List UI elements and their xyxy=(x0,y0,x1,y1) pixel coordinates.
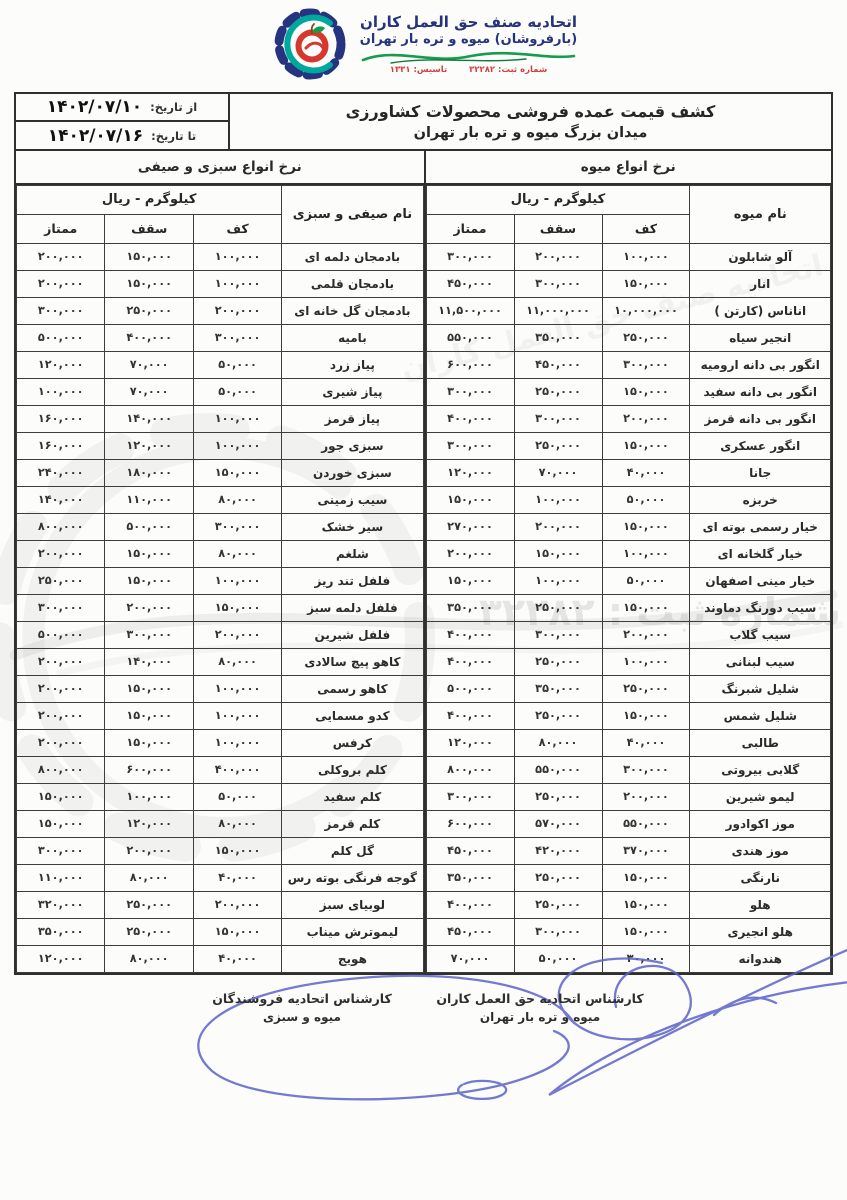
fruit-premium-price: ۱۱,۵۰۰,۰۰۰ xyxy=(426,297,514,324)
fruit-table-row: هلو ۱۵۰,۰۰۰ ۲۵۰,۰۰۰ ۴۰۰,۰۰۰ xyxy=(426,891,831,918)
fruit-floor-price: ۱۵۰,۰۰۰ xyxy=(602,864,690,891)
veg-floor-price: ۸۰,۰۰۰ xyxy=(193,540,281,567)
fruit-table-row: شلیل شبرنگ ۲۵۰,۰۰۰ ۳۵۰,۰۰۰ ۵۰۰,۰۰۰ xyxy=(426,675,831,702)
fruit-floor-price: ۵۵۰,۰۰۰ xyxy=(602,810,690,837)
veg-table-row: لوبیای سبز ۲۰۰,۰۰۰ ۲۵۰,۰۰۰ ۳۲۰,۰۰۰ xyxy=(17,891,424,918)
veg-premium-price: ۳۵۰,۰۰۰ xyxy=(17,918,105,945)
fruit-ceiling-price: ۲۵۰,۰۰۰ xyxy=(514,378,602,405)
veg-name: پیاز قرمز xyxy=(282,405,423,432)
fruit-premium-price: ۷۰,۰۰۰ xyxy=(426,945,514,972)
union-logo-icon xyxy=(270,4,350,88)
veg-floor-price: ۱۰۰,۰۰۰ xyxy=(193,729,281,756)
to-date-value: ۱۴۰۲/۰۷/۱۶ xyxy=(48,126,143,146)
fruit-name: انگور بی دانه ارومیه xyxy=(690,351,831,378)
veg-floor-price: ۲۰۰,۰۰۰ xyxy=(193,297,281,324)
fruit-premium-price: ۴۵۰,۰۰۰ xyxy=(426,837,514,864)
veg-name: شلغم xyxy=(282,540,423,567)
date-range: از تاریخ: ۱۴۰۲/۰۷/۱۰ تا تاریخ: ۱۴۰۲/۰۷/۱… xyxy=(16,94,228,149)
veg-floor-price: ۱۰۰,۰۰۰ xyxy=(193,567,281,594)
letterhead-wave-icon xyxy=(361,50,576,65)
veg-ceiling-price: ۱۴۰,۰۰۰ xyxy=(105,405,193,432)
veg-ceiling-price: ۱۲۰,۰۰۰ xyxy=(105,432,193,459)
fruit-floor-price: ۱۵۰,۰۰۰ xyxy=(602,702,690,729)
right-signature-title: کارشناس اتحادیه حق العمل کاران xyxy=(415,991,665,1006)
fruit-premium-price: ۲۰۰,۰۰۰ xyxy=(426,540,514,567)
veg-name: کلم سفید xyxy=(282,783,423,810)
fruit-ceiling-price: ۲۵۰,۰۰۰ xyxy=(514,891,602,918)
from-date-label: از تاریخ: xyxy=(150,100,197,114)
fruit-name: جانا xyxy=(690,459,831,486)
fruit-table-row: موز هندی ۳۷۰,۰۰۰ ۴۲۰,۰۰۰ ۴۵۰,۰۰۰ xyxy=(426,837,831,864)
fruit-ceiling-price: ۵۷۰,۰۰۰ xyxy=(514,810,602,837)
veg-floor-price: ۱۰۰,۰۰۰ xyxy=(193,270,281,297)
fruit-name: سیب لبنانی xyxy=(690,648,831,675)
veg-name: گوجه فرنگی بوته رس xyxy=(282,864,423,891)
fruit-ceiling-price: ۳۰۰,۰۰۰ xyxy=(514,621,602,648)
fruit-name: انجیر سیاه xyxy=(690,324,831,351)
veg-premium-price: ۱۵۰,۰۰۰ xyxy=(17,783,105,810)
veg-floor-price: ۸۰,۰۰۰ xyxy=(193,486,281,513)
fruit-ceiling-price: ۲۵۰,۰۰۰ xyxy=(514,432,602,459)
veg-name: لیموترش میناب xyxy=(282,918,423,945)
veg-floor-price: ۱۵۰,۰۰۰ xyxy=(193,459,281,486)
fruit-floor-price: ۱۰۰,۰۰۰ xyxy=(602,648,690,675)
fruit-name: شلیل شبرنگ xyxy=(690,675,831,702)
veg-premium-price: ۳۲۰,۰۰۰ xyxy=(17,891,105,918)
fruit-premium-price: ۳۰۰,۰۰۰ xyxy=(426,243,514,270)
veg-ceiling-price: ۱۵۰,۰۰۰ xyxy=(105,729,193,756)
veg-premium-price: ۱۵۰,۰۰۰ xyxy=(17,810,105,837)
veg-ceiling-price: ۱۵۰,۰۰۰ xyxy=(105,702,193,729)
veg-floor-price: ۳۰۰,۰۰۰ xyxy=(193,513,281,540)
veg-floor-price: ۴۰۰,۰۰۰ xyxy=(193,756,281,783)
fruit-floor-price: ۳۰,۰۰۰ xyxy=(602,945,690,972)
veg-ceiling-price: ۴۰۰,۰۰۰ xyxy=(105,324,193,351)
veg-table-row: سبزی جور ۱۰۰,۰۰۰ ۱۲۰,۰۰۰ ۱۶۰,۰۰۰ xyxy=(17,432,424,459)
veg-ceiling-price: ۶۰۰,۰۰۰ xyxy=(105,756,193,783)
veg-name: پیاز زرد xyxy=(282,351,423,378)
fruit-ceiling-price: ۲۰۰,۰۰۰ xyxy=(514,513,602,540)
establishment-year: تاسیس: ۱۳۳۱ xyxy=(390,65,447,75)
veg-name: سبزی خوردن xyxy=(282,459,423,486)
fruit-table-row: خربزه ۵۰,۰۰۰ ۱۰۰,۰۰۰ ۱۵۰,۰۰۰ xyxy=(426,486,831,513)
fruit-floor-price: ۲۵۰,۰۰۰ xyxy=(602,675,690,702)
fruit-floor-price: ۱۰۰,۰۰۰ xyxy=(602,540,690,567)
fruit-premium-price: ۳۰۰,۰۰۰ xyxy=(426,432,514,459)
fruit-table-row: خیار مینی اصفهان ۵۰,۰۰۰ ۱۰۰,۰۰۰ ۱۵۰,۰۰۰ xyxy=(426,567,831,594)
veg-table-row: گل کلم ۱۵۰,۰۰۰ ۲۰۰,۰۰۰ ۳۰۰,۰۰۰ xyxy=(17,837,424,864)
price-table-frame: کشف قیمت عمده فروشی محصولات کشاورزی میدا… xyxy=(14,92,833,975)
fruit-ceiling-price: ۴۵۰,۰۰۰ xyxy=(514,351,602,378)
fruit-name: هندوانه xyxy=(690,945,831,972)
veg-premium-price: ۸۰۰,۰۰۰ xyxy=(17,513,105,540)
fruit-table-row: هندوانه ۳۰,۰۰۰ ۵۰,۰۰۰ ۷۰,۰۰۰ xyxy=(426,945,831,972)
veg-table-row: پیاز زرد ۵۰,۰۰۰ ۷۰,۰۰۰ ۱۲۰,۰۰۰ xyxy=(17,351,424,378)
letterhead: اتحادیه صنف حق العمل کاران (بارفروشان) م… xyxy=(0,4,847,88)
document-title: کشف قیمت عمده فروشی محصولات کشاورزی میدا… xyxy=(228,94,831,149)
veg-section-title: نرخ انواع سبزی و صیفی xyxy=(16,151,424,183)
veg-premium-price: ۲۴۰,۰۰۰ xyxy=(17,459,105,486)
fruit-name: خیار گلخانه ای xyxy=(690,540,831,567)
veg-ceiling-price: ۳۰۰,۰۰۰ xyxy=(105,621,193,648)
veg-name: کلم بروکلی xyxy=(282,756,423,783)
fruit-floor-price: ۴۰,۰۰۰ xyxy=(602,729,690,756)
veg-premium-price: ۱۴۰,۰۰۰ xyxy=(17,486,105,513)
veg-premium-price: ۲۰۰,۰۰۰ xyxy=(17,243,105,270)
veg-floor-price: ۲۰۰,۰۰۰ xyxy=(193,891,281,918)
fruit-premium-price: ۳۵۰,۰۰۰ xyxy=(426,594,514,621)
veg-ceiling-price: ۲۵۰,۰۰۰ xyxy=(105,918,193,945)
veg-table-row: پیاز شیری ۵۰,۰۰۰ ۷۰,۰۰۰ ۱۰۰,۰۰۰ xyxy=(17,378,424,405)
signature-area: کارشناس اتحادیه حق العمل کاران میوه و تر… xyxy=(14,985,833,1125)
veg-floor-price: ۵۰,۰۰۰ xyxy=(193,783,281,810)
veg-ceiling-price: ۱۵۰,۰۰۰ xyxy=(105,270,193,297)
veg-table-row: لیموترش میناب ۱۵۰,۰۰۰ ۲۵۰,۰۰۰ ۳۵۰,۰۰۰ xyxy=(17,918,424,945)
veg-ceiling-price: ۸۰,۰۰۰ xyxy=(105,945,193,972)
fruit-table-row: لیمو شیرین ۲۰۰,۰۰۰ ۲۵۰,۰۰۰ ۳۰۰,۰۰۰ xyxy=(426,783,831,810)
fruit-premium-price: ۴۵۰,۰۰۰ xyxy=(426,270,514,297)
fruit-premium-price: ۳۵۰,۰۰۰ xyxy=(426,864,514,891)
veg-floor-price: ۱۵۰,۰۰۰ xyxy=(193,837,281,864)
veg-name: کاهو پیچ سالادی xyxy=(282,648,423,675)
veg-ceiling-price: ۲۵۰,۰۰۰ xyxy=(105,891,193,918)
veg-name: کدو مسمایی xyxy=(282,702,423,729)
veg-name: کاهو رسمی xyxy=(282,675,423,702)
fruit-premium-price: ۴۰۰,۰۰۰ xyxy=(426,891,514,918)
veg-ceiling-price: ۷۰,۰۰۰ xyxy=(105,351,193,378)
veg-floor-price: ۸۰,۰۰۰ xyxy=(193,810,281,837)
left-signature: کارشناس اتحادیه فروشندگان میوه و سبزی xyxy=(182,991,422,1024)
title-line2: میدان بزرگ میوه و تره بار تهران xyxy=(414,124,648,143)
to-date-cell: تا تاریخ: ۱۴۰۲/۰۷/۱۶ xyxy=(16,120,228,148)
fruit-table-row: انگور بی دانه سفید ۱۵۰,۰۰۰ ۲۵۰,۰۰۰ ۳۰۰,۰… xyxy=(426,378,831,405)
veg-table-row: بادمجان گل خانه ای ۲۰۰,۰۰۰ ۲۵۰,۰۰۰ ۳۰۰,۰… xyxy=(17,297,424,324)
veg-ceiling-price: ۱۸۰,۰۰۰ xyxy=(105,459,193,486)
fruit-ceiling-price: ۳۰۰,۰۰۰ xyxy=(514,405,602,432)
fruit-section-title: نرخ انواع میوه xyxy=(424,151,832,183)
veg-premium-price: ۲۰۰,۰۰۰ xyxy=(17,648,105,675)
fruit-floor-price: ۱۰۰,۰۰۰ xyxy=(602,243,690,270)
fruit-floor-price: ۱۵۰,۰۰۰ xyxy=(602,891,690,918)
veg-table-row: هویج ۴۰,۰۰۰ ۸۰,۰۰۰ ۱۲۰,۰۰۰ xyxy=(17,945,424,972)
fruit-name: خربزه xyxy=(690,486,831,513)
fruit-table-row: خیار گلخانه ای ۱۰۰,۰۰۰ ۱۵۰,۰۰۰ ۲۰۰,۰۰۰ xyxy=(426,540,831,567)
fruit-premium-price: ۸۰۰,۰۰۰ xyxy=(426,756,514,783)
fruit-floor-price: ۵۰,۰۰۰ xyxy=(602,486,690,513)
fruit-table-row: هلو انجیری ۱۵۰,۰۰۰ ۳۰۰,۰۰۰ ۴۵۰,۰۰۰ xyxy=(426,918,831,945)
fruit-name: آلو شابلون xyxy=(690,243,831,270)
fruit-name: انگور بی دانه قرمز xyxy=(690,405,831,432)
fruit-price-table-wrap: نام میوه کیلوگرم - ریال کف سقف ممتاز xyxy=(424,185,832,973)
from-date-value: ۱۴۰۲/۰۷/۱۰ xyxy=(47,97,142,117)
fruit-name: لیمو شیرین xyxy=(690,783,831,810)
veg-name: بادمجان قلمی xyxy=(282,270,423,297)
fruit-table-row: گلابی بیروتی ۳۰۰,۰۰۰ ۵۵۰,۰۰۰ ۸۰۰,۰۰۰ xyxy=(426,756,831,783)
fruit-table-row: انگور بی دانه ارومیه ۳۰۰,۰۰۰ ۴۵۰,۰۰۰ ۶۰۰… xyxy=(426,351,831,378)
veg-premium-price: ۱۲۰,۰۰۰ xyxy=(17,351,105,378)
document-header: کشف قیمت عمده فروشی محصولات کشاورزی میدا… xyxy=(16,94,831,149)
fruit-table-row: خیار رسمی بوته ای ۱۵۰,۰۰۰ ۲۰۰,۰۰۰ ۲۷۰,۰۰… xyxy=(426,513,831,540)
fruit-table-row: اناناس (کارتن ) ۱۰,۰۰۰,۰۰۰ ۱۱,۰۰۰,۰۰۰ ۱۱… xyxy=(426,297,831,324)
veg-premium-price: ۵۰۰,۰۰۰ xyxy=(17,621,105,648)
veg-floor-price: ۱۰۰,۰۰۰ xyxy=(193,432,281,459)
fruit-ceiling-header: سقف xyxy=(514,214,602,243)
fruit-price-table: نام میوه کیلوگرم - ریال کف سقف ممتاز xyxy=(426,185,832,973)
veg-premium-price: ۲۰۰,۰۰۰ xyxy=(17,675,105,702)
fruit-name: شلیل شمس xyxy=(690,702,831,729)
veg-table-row: سیر خشک ۳۰۰,۰۰۰ ۵۰۰,۰۰۰ ۸۰۰,۰۰۰ xyxy=(17,513,424,540)
fruit-name: گلابی بیروتی xyxy=(690,756,831,783)
fruit-name: هلو xyxy=(690,891,831,918)
veg-name: فلفل دلمه سبز xyxy=(282,594,423,621)
veg-table-row: کاهو پیچ سالادی ۸۰,۰۰۰ ۱۴۰,۰۰۰ ۲۰۰,۰۰۰ xyxy=(17,648,424,675)
veg-table-row: کرفس ۱۰۰,۰۰۰ ۱۵۰,۰۰۰ ۲۰۰,۰۰۰ xyxy=(17,729,424,756)
fruit-table-row: سیب لبنانی ۱۰۰,۰۰۰ ۲۵۰,۰۰۰ ۴۰۰,۰۰۰ xyxy=(426,648,831,675)
veg-price-table-wrap: نام صیفی و سبزی کیلوگرم - ریال کف سقف مم… xyxy=(16,185,424,973)
fruit-premium-price: ۶۰۰,۰۰۰ xyxy=(426,351,514,378)
fruit-floor-price: ۲۰۰,۰۰۰ xyxy=(602,405,690,432)
left-signature-title: کارشناس اتحادیه فروشندگان xyxy=(182,991,422,1006)
fruit-table-row: نارنگی ۱۵۰,۰۰۰ ۲۵۰,۰۰۰ ۳۵۰,۰۰۰ xyxy=(426,864,831,891)
veg-ceiling-price: ۱۰۰,۰۰۰ xyxy=(105,783,193,810)
fruit-floor-price: ۱۰,۰۰۰,۰۰۰ xyxy=(602,297,690,324)
veg-table-row: کدو مسمایی ۱۰۰,۰۰۰ ۱۵۰,۰۰۰ ۲۰۰,۰۰۰ xyxy=(17,702,424,729)
veg-premium-price: ۱۲۰,۰۰۰ xyxy=(17,945,105,972)
fruit-premium-price: ۶۰۰,۰۰۰ xyxy=(426,810,514,837)
veg-premium-price: ۳۰۰,۰۰۰ xyxy=(17,297,105,324)
veg-name-header: نام صیفی و سبزی xyxy=(282,185,423,243)
veg-ceiling-price: ۱۴۰,۰۰۰ xyxy=(105,648,193,675)
veg-name: بادمجان گل خانه ای xyxy=(282,297,423,324)
fruit-premium-price: ۱۵۰,۰۰۰ xyxy=(426,486,514,513)
veg-name: گل کلم xyxy=(282,837,423,864)
to-date-label: تا تاریخ: xyxy=(151,129,196,143)
fruit-ceiling-price: ۳۰۰,۰۰۰ xyxy=(514,270,602,297)
fruit-premium-header: ممتاز xyxy=(426,214,514,243)
fruit-ceiling-price: ۳۵۰,۰۰۰ xyxy=(514,675,602,702)
veg-table-row: پیاز قرمز ۱۰۰,۰۰۰ ۱۴۰,۰۰۰ ۱۶۰,۰۰۰ xyxy=(17,405,424,432)
veg-premium-price: ۵۰۰,۰۰۰ xyxy=(17,324,105,351)
veg-ceiling-price: ۱۵۰,۰۰۰ xyxy=(105,567,193,594)
veg-ceiling-price: ۲۰۰,۰۰۰ xyxy=(105,837,193,864)
veg-premium-price: ۳۰۰,۰۰۰ xyxy=(17,594,105,621)
veg-name: سیر خشک xyxy=(282,513,423,540)
fruit-ceiling-price: ۳۰۰,۰۰۰ xyxy=(514,918,602,945)
veg-premium-price: ۲۰۰,۰۰۰ xyxy=(17,270,105,297)
fruit-ceiling-price: ۷۰,۰۰۰ xyxy=(514,459,602,486)
fruit-premium-price: ۳۰۰,۰۰۰ xyxy=(426,783,514,810)
fruit-table-row: طالبی ۴۰,۰۰۰ ۸۰,۰۰۰ ۱۲۰,۰۰۰ xyxy=(426,729,831,756)
veg-floor-price: ۴۰,۰۰۰ xyxy=(193,864,281,891)
veg-floor-price: ۵۰,۰۰۰ xyxy=(193,378,281,405)
veg-table-row: کاهو رسمی ۱۰۰,۰۰۰ ۱۵۰,۰۰۰ ۲۰۰,۰۰۰ xyxy=(17,675,424,702)
scanned-price-list-document: شماره ثبت : ۳۲۲۸۲ اتحادیه صنف حق العمل ک… xyxy=(0,0,847,1200)
veg-ceiling-price: ۱۵۰,۰۰۰ xyxy=(105,243,193,270)
veg-name: پیاز شیری xyxy=(282,378,423,405)
veg-ceiling-price: ۸۰,۰۰۰ xyxy=(105,864,193,891)
fruit-ceiling-price: ۳۵۰,۰۰۰ xyxy=(514,324,602,351)
veg-premium-price: ۱۶۰,۰۰۰ xyxy=(17,432,105,459)
veg-floor-price: ۲۰۰,۰۰۰ xyxy=(193,621,281,648)
fruit-unit-header: کیلوگرم - ریال xyxy=(426,185,690,214)
fruit-premium-price: ۵۰۰,۰۰۰ xyxy=(426,675,514,702)
fruit-ceiling-price: ۸۰,۰۰۰ xyxy=(514,729,602,756)
veg-premium-price: ۱۶۰,۰۰۰ xyxy=(17,405,105,432)
right-signature-subtitle: میوه و تره بار تهران xyxy=(415,1010,665,1024)
fruit-table-row: انجیر سیاه ۲۵۰,۰۰۰ ۳۵۰,۰۰۰ ۵۵۰,۰۰۰ xyxy=(426,324,831,351)
fruit-floor-price: ۵۰,۰۰۰ xyxy=(602,567,690,594)
fruit-name: موز هندی xyxy=(690,837,831,864)
fruit-ceiling-price: ۲۵۰,۰۰۰ xyxy=(514,594,602,621)
fruit-floor-price: ۴۰,۰۰۰ xyxy=(602,459,690,486)
fruit-name: خیار رسمی بوته ای xyxy=(690,513,831,540)
fruit-name: انار xyxy=(690,270,831,297)
veg-table-row: سبزی خوردن ۱۵۰,۰۰۰ ۱۸۰,۰۰۰ ۲۴۰,۰۰۰ xyxy=(17,459,424,486)
fruit-ceiling-price: ۱۰۰,۰۰۰ xyxy=(514,486,602,513)
veg-premium-price: ۳۰۰,۰۰۰ xyxy=(17,837,105,864)
fruit-premium-price: ۵۵۰,۰۰۰ xyxy=(426,324,514,351)
veg-ceiling-price: ۲۰۰,۰۰۰ xyxy=(105,594,193,621)
veg-name: کرفس xyxy=(282,729,423,756)
fruit-premium-price: ۴۵۰,۰۰۰ xyxy=(426,918,514,945)
fruit-premium-price: ۴۰۰,۰۰۰ xyxy=(426,702,514,729)
fruit-premium-price: ۴۰۰,۰۰۰ xyxy=(426,648,514,675)
fruit-name: سیب گلاب xyxy=(690,621,831,648)
veg-floor-price: ۳۰۰,۰۰۰ xyxy=(193,324,281,351)
fruit-ceiling-price: ۵۰,۰۰۰ xyxy=(514,945,602,972)
registration-number: شماره ثبت: ۳۲۲۸۲ xyxy=(469,65,547,75)
fruit-floor-price: ۱۵۰,۰۰۰ xyxy=(602,378,690,405)
veg-ceiling-price: ۵۰۰,۰۰۰ xyxy=(105,513,193,540)
fruit-name: اناناس (کارتن ) xyxy=(690,297,831,324)
fruit-premium-price: ۴۰۰,۰۰۰ xyxy=(426,405,514,432)
fruit-ceiling-price: ۲۵۰,۰۰۰ xyxy=(514,864,602,891)
veg-table-row: سیب زمینی ۸۰,۰۰۰ ۱۱۰,۰۰۰ ۱۴۰,۰۰۰ xyxy=(17,486,424,513)
fruit-premium-price: ۱۲۰,۰۰۰ xyxy=(426,729,514,756)
veg-floor-price: ۱۰۰,۰۰۰ xyxy=(193,702,281,729)
fruit-table-row: موز اکوادور ۵۵۰,۰۰۰ ۵۷۰,۰۰۰ ۶۰۰,۰۰۰ xyxy=(426,810,831,837)
right-signature: کارشناس اتحادیه حق العمل کاران میوه و تر… xyxy=(415,991,665,1024)
veg-premium-price: ۱۰۰,۰۰۰ xyxy=(17,378,105,405)
fruit-table-row: آلو شابلون ۱۰۰,۰۰۰ ۲۰۰,۰۰۰ ۳۰۰,۰۰۰ xyxy=(426,243,831,270)
veg-premium-price: ۲۰۰,۰۰۰ xyxy=(17,729,105,756)
veg-name: هویج xyxy=(282,945,423,972)
veg-floor-price: ۴۰,۰۰۰ xyxy=(193,945,281,972)
fruit-premium-price: ۱۵۰,۰۰۰ xyxy=(426,567,514,594)
fruit-name: طالبی xyxy=(690,729,831,756)
fruit-floor-price: ۳۰۰,۰۰۰ xyxy=(602,756,690,783)
fruit-floor-price: ۱۵۰,۰۰۰ xyxy=(602,513,690,540)
veg-premium-price: ۲۵۰,۰۰۰ xyxy=(17,567,105,594)
veg-floor-price: ۵۰,۰۰۰ xyxy=(193,351,281,378)
fruit-floor-price: ۱۵۰,۰۰۰ xyxy=(602,270,690,297)
veg-name: بامیه xyxy=(282,324,423,351)
fruit-floor-price: ۱۵۰,۰۰۰ xyxy=(602,432,690,459)
veg-ceiling-header: سقف xyxy=(105,214,193,243)
veg-ceiling-price: ۱۲۰,۰۰۰ xyxy=(105,810,193,837)
fruit-ceiling-price: ۱۵۰,۰۰۰ xyxy=(514,540,602,567)
veg-name: سبزی جور xyxy=(282,432,423,459)
veg-table-row: بادمجان قلمی ۱۰۰,۰۰۰ ۱۵۰,۰۰۰ ۲۰۰,۰۰۰ xyxy=(17,270,424,297)
veg-table-row: گوجه فرنگی بوته رس ۴۰,۰۰۰ ۸۰,۰۰۰ ۱۱۰,۰۰۰ xyxy=(17,864,424,891)
fruit-ceiling-price: ۲۵۰,۰۰۰ xyxy=(514,702,602,729)
veg-floor-price: ۸۰,۰۰۰ xyxy=(193,648,281,675)
veg-name: لوبیای سبز xyxy=(282,891,423,918)
price-tables: نام میوه کیلوگرم - ریال کف سقف ممتاز xyxy=(16,183,831,973)
fruit-table-row: انگور عسکری ۱۵۰,۰۰۰ ۲۵۰,۰۰۰ ۳۰۰,۰۰۰ xyxy=(426,432,831,459)
veg-ceiling-price: ۱۵۰,۰۰۰ xyxy=(105,540,193,567)
veg-ceiling-price: ۷۰,۰۰۰ xyxy=(105,378,193,405)
veg-table-row: بامیه ۳۰۰,۰۰۰ ۴۰۰,۰۰۰ ۵۰۰,۰۰۰ xyxy=(17,324,424,351)
fruit-name: سیب دورنگ دماوند xyxy=(690,594,831,621)
veg-premium-price: ۲۰۰,۰۰۰ xyxy=(17,702,105,729)
fruit-table-row: سیب دورنگ دماوند ۱۵۰,۰۰۰ ۲۵۰,۰۰۰ ۳۵۰,۰۰۰ xyxy=(426,594,831,621)
union-name-line2: (بارفروشان) میوه و تره بار تهران xyxy=(360,32,577,49)
fruit-premium-price: ۱۲۰,۰۰۰ xyxy=(426,459,514,486)
fruit-floor-price: ۲۵۰,۰۰۰ xyxy=(602,324,690,351)
veg-ceiling-price: ۱۱۰,۰۰۰ xyxy=(105,486,193,513)
veg-table-row: بادمجان دلمه ای ۱۰۰,۰۰۰ ۱۵۰,۰۰۰ ۲۰۰,۰۰۰ xyxy=(17,243,424,270)
veg-floor-price: ۱۰۰,۰۰۰ xyxy=(193,405,281,432)
veg-table-row: کلم قرمز ۸۰,۰۰۰ ۱۲۰,۰۰۰ ۱۵۰,۰۰۰ xyxy=(17,810,424,837)
veg-table-row: فلفل تند ریز ۱۰۰,۰۰۰ ۱۵۰,۰۰۰ ۲۵۰,۰۰۰ xyxy=(17,567,424,594)
veg-table-row: فلفل دلمه سبز ۱۵۰,۰۰۰ ۲۰۰,۰۰۰ ۳۰۰,۰۰۰ xyxy=(17,594,424,621)
fruit-name: خیار مینی اصفهان xyxy=(690,567,831,594)
veg-table-row: شلغم ۸۰,۰۰۰ ۱۵۰,۰۰۰ ۲۰۰,۰۰۰ xyxy=(17,540,424,567)
veg-name: فلفل شیرین xyxy=(282,621,423,648)
fruit-ceiling-price: ۵۵۰,۰۰۰ xyxy=(514,756,602,783)
fruit-floor-price: ۱۵۰,۰۰۰ xyxy=(602,594,690,621)
fruit-floor-price: ۳۰۰,۰۰۰ xyxy=(602,351,690,378)
fruit-name: موز اکوادور xyxy=(690,810,831,837)
veg-floor-price: ۱۰۰,۰۰۰ xyxy=(193,675,281,702)
veg-ceiling-price: ۱۵۰,۰۰۰ xyxy=(105,675,193,702)
veg-name: سیب زمینی xyxy=(282,486,423,513)
veg-unit-header: کیلوگرم - ریال xyxy=(17,185,282,214)
fruit-name: هلو انجیری xyxy=(690,918,831,945)
union-name-line1: اتحادیه صنف حق العمل کاران xyxy=(360,12,577,32)
veg-premium-price: ۱۱۰,۰۰۰ xyxy=(17,864,105,891)
veg-table-row: فلفل شیرین ۲۰۰,۰۰۰ ۳۰۰,۰۰۰ ۵۰۰,۰۰۰ xyxy=(17,621,424,648)
veg-name: فلفل تند ریز xyxy=(282,567,423,594)
veg-table-row: کلم سفید ۵۰,۰۰۰ ۱۰۰,۰۰۰ ۱۵۰,۰۰۰ xyxy=(17,783,424,810)
fruit-ceiling-price: ۴۲۰,۰۰۰ xyxy=(514,837,602,864)
fruit-floor-price: ۳۷۰,۰۰۰ xyxy=(602,837,690,864)
fruit-ceiling-price: ۲۵۰,۰۰۰ xyxy=(514,648,602,675)
veg-premium-price: ۲۰۰,۰۰۰ xyxy=(17,540,105,567)
veg-name: بادمجان دلمه ای xyxy=(282,243,423,270)
document-body: کشف قیمت عمده فروشی محصولات کشاورزی میدا… xyxy=(14,92,833,1125)
title-line1: کشف قیمت عمده فروشی محصولات کشاورزی xyxy=(346,100,716,124)
from-date-cell: از تاریخ: ۱۴۰۲/۰۷/۱۰ xyxy=(16,94,228,120)
fruit-name: انگور عسکری xyxy=(690,432,831,459)
fruit-premium-price: ۲۷۰,۰۰۰ xyxy=(426,513,514,540)
left-signature-subtitle: میوه و سبزی xyxy=(182,1010,422,1024)
fruit-ceiling-price: ۱۱,۰۰۰,۰۰۰ xyxy=(514,297,602,324)
veg-floor-price: ۱۵۰,۰۰۰ xyxy=(193,918,281,945)
fruit-table-row: شلیل شمس ۱۵۰,۰۰۰ ۲۵۰,۰۰۰ ۴۰۰,۰۰۰ xyxy=(426,702,831,729)
fruit-premium-price: ۴۰۰,۰۰۰ xyxy=(426,621,514,648)
veg-floor-price: ۱۰۰,۰۰۰ xyxy=(193,243,281,270)
fruit-name-header: نام میوه xyxy=(690,185,831,243)
veg-floor-header: کف xyxy=(193,214,281,243)
fruit-table-row: انگور بی دانه قرمز ۲۰۰,۰۰۰ ۳۰۰,۰۰۰ ۴۰۰,۰… xyxy=(426,405,831,432)
fruit-name: انگور بی دانه سفید xyxy=(690,378,831,405)
fruit-floor-price: ۲۰۰,۰۰۰ xyxy=(602,621,690,648)
fruit-ceiling-price: ۲۵۰,۰۰۰ xyxy=(514,783,602,810)
veg-premium-price: ۸۰۰,۰۰۰ xyxy=(17,756,105,783)
section-titles: نرخ انواع میوه نرخ انواع سبزی و صیفی xyxy=(16,149,831,183)
